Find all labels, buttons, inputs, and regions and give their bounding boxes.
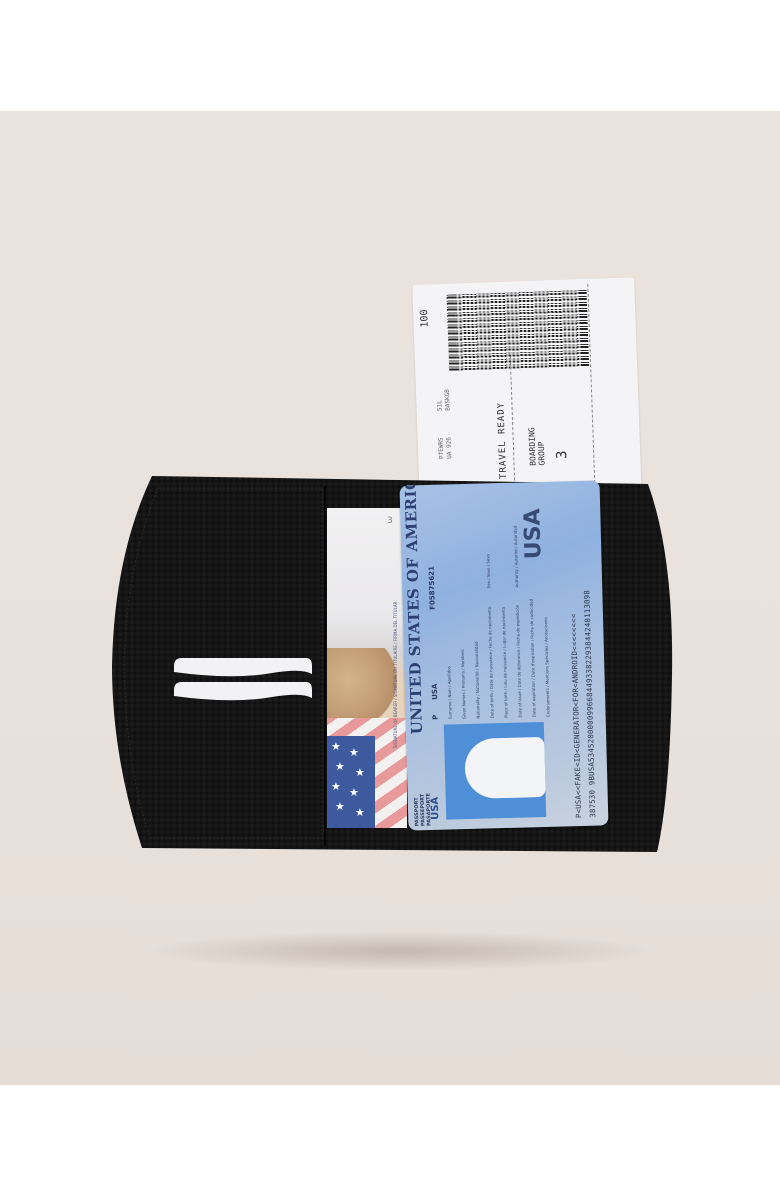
pass-dest-seat: 51L [436, 400, 443, 411]
pass-status: TRAVEL READY [496, 402, 509, 479]
field-dob: Date of birth / Date de naissance / Fech… [487, 607, 495, 719]
page-number: 3 [387, 516, 393, 526]
usa-emblem: USA [430, 797, 442, 820]
field-given-names: Given Names / Prénoms / Nombres [460, 649, 467, 719]
field-issue: Date of issue / Date de délivrance / Fec… [515, 605, 523, 718]
field-endorsements: Endorsements / Mentions Spéciales / Anot… [543, 617, 551, 717]
boarding-label: BOARDINGGROUP [527, 427, 546, 466]
field-sex: Sex / Sexe / Sexo [485, 554, 491, 588]
usa-watermark: USA [520, 508, 546, 559]
product-photo: 100 INTL PTEWRS UA 926 51L BASKGB TRAVEL… [0, 111, 780, 1085]
barcode [447, 290, 590, 371]
passport-code: USA [431, 684, 439, 700]
passport-country-title: UNITED STATES OF AMERICA [401, 480, 426, 734]
field-authority: Authority / Autorité / Autoridad [513, 526, 520, 588]
passport-photo [444, 722, 546, 820]
wheat-illustration [327, 648, 397, 728]
pass-code: 100 [419, 309, 431, 327]
mrz-line-1: P<USA<<FAKE<ID<GENERATOR<FOR<ANDROID<<<<… [569, 613, 583, 818]
field-nationality: Nationality / Nationalité / Nacionalidad [474, 641, 481, 718]
pass-origin: PTEWRS [438, 437, 446, 459]
signature-caption: SIGNATURE OF BEARER / SIGNATURE DU TITUL… [393, 602, 398, 748]
flag-stars: ★★ ★★ ★★ ★★ [327, 736, 375, 828]
field-expiration: Date of expiration / Date d'expiration /… [529, 599, 537, 717]
field-surname: Surname / Nom / Apellidos [446, 666, 452, 719]
pass-flight: UA 926 [446, 437, 454, 459]
mrz-line-2: 387530 9BUSA5345200000996684493382293844… [582, 590, 597, 818]
passport-type: P [432, 715, 440, 720]
field-pob: Place of birth / Lieu de naissance / Lug… [501, 607, 509, 718]
passport-number: F05875621 [428, 566, 437, 610]
passport-left-page: 3 ★★ ★★ ★★ ★★ SIGNATURE OF BEARER / SIGN… [327, 508, 407, 828]
wallet-shadow [140, 931, 660, 971]
pass-dest: BASKGB [444, 389, 452, 411]
passport-data-page: UNITED STATES OF AMERICA PASSPORTPASSEPO… [400, 480, 609, 830]
boarding-group: 3 [554, 450, 570, 459]
photo-silhouette [464, 737, 546, 799]
